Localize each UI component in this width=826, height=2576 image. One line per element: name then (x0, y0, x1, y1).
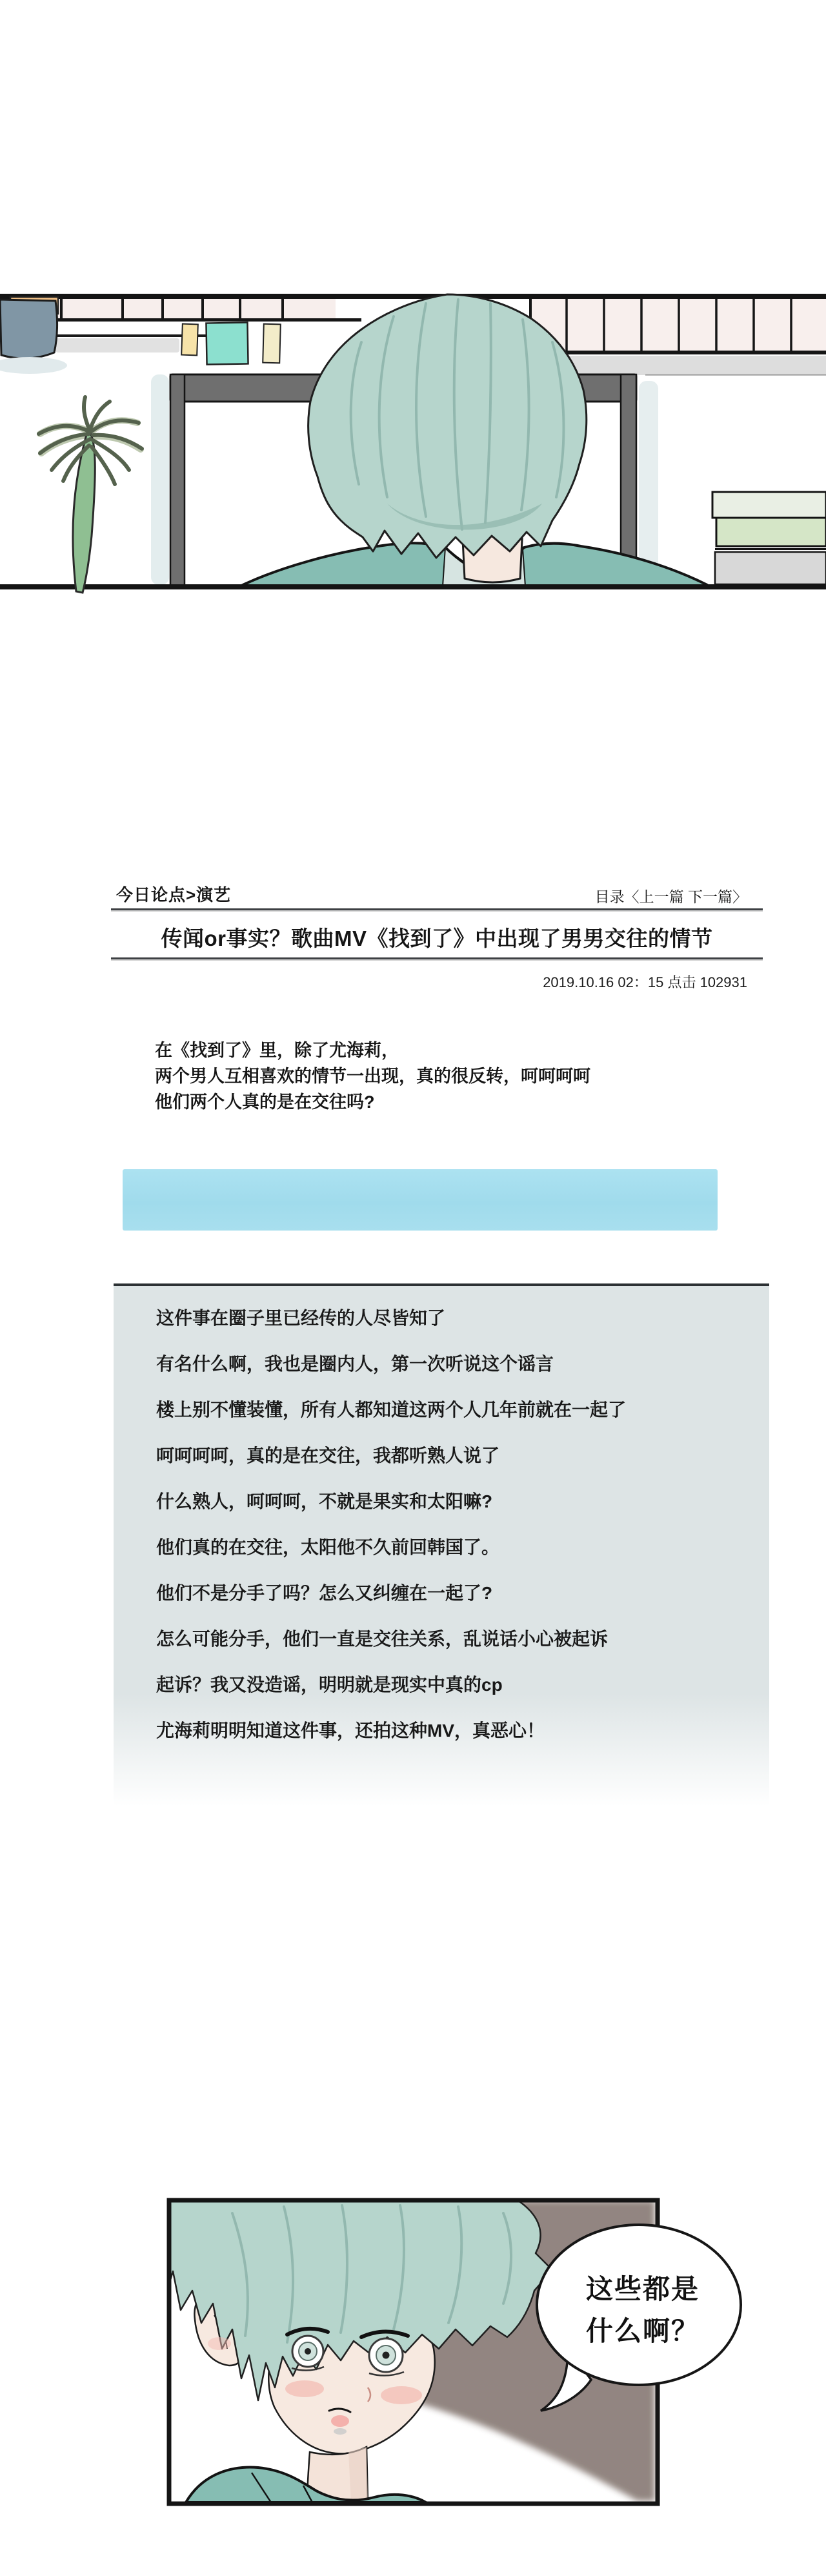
comment-item: 他们真的在交往，太阳他不久前回韩国了。 (156, 1524, 743, 1570)
speech-bubble: 这些都是 什么啊？ (537, 2225, 741, 2411)
comment-item: 怎么可能分手，他们一直是交往关系，乱说话小心被起诉 (156, 1616, 743, 1662)
scene-panel-face: 这些都是 什么啊？ (155, 2194, 742, 2511)
sticky-notes-illustration (181, 322, 281, 364)
comment-item: 呵呵呵呵，真的是在交往，我都听熟人说了 (156, 1433, 743, 1478)
panel-top-border (0, 294, 826, 299)
comment-item: 尤海莉明明知道这件事，还拍这种MV，真恶心！ (156, 1708, 743, 1753)
book-stack-illustration (712, 492, 826, 584)
comment-item: 什么熟人，呵呵呵，不就是果实和太阳嘛? (156, 1478, 743, 1524)
breadcrumb[interactable]: 今日论点>演艺 (116, 882, 231, 906)
speech-bubble-text-line2: 什么啊？ (586, 2316, 700, 2346)
panel-bottom-border (0, 584, 826, 589)
comment-item: 楼上别不懂装懂，所有人都知道这两个人几年前就在一起了 (156, 1387, 743, 1433)
speech-bubble-body (537, 2225, 741, 2385)
comment-item: 起诉？我又没造谣，明明就是现实中真的cp (156, 1662, 743, 1708)
speech-bubble-text-line1: 这些都是 (586, 2274, 700, 2304)
post-body-line: 两个男人互相喜欢的情节一出现，真的很反转，呵呵呵呵 (155, 1063, 590, 1089)
comment-item: 这件事在圈子里已经传的人尽皆知了 (156, 1295, 743, 1341)
webtoon-page: 今日论点>演艺 目录〈上一篇 下一篇〉 传闻or事实？歌曲MV《找到了》中出现了… (0, 0, 826, 2576)
plant-illustration (39, 397, 142, 593)
post-title: 传闻or事实？歌曲MV《找到了》中出现了男男交往的情节 (111, 922, 763, 952)
post-meta: 2019.10.16 02：15 点击 102931 (543, 972, 747, 992)
censored-image-bar (123, 1169, 718, 1231)
comment-box: 这件事在圈子里已经传的人尽皆知了 有名什么啊，我也是圈内人，第一次听说这个谣言 … (114, 1283, 769, 1823)
post-body: 在《找到了》里，除了尤海莉， 两个男人互相喜欢的情节一出现，真的很反转，呵呵呵呵… (155, 1038, 590, 1115)
comment-list: 这件事在圈子里已经传的人尽皆知了 有名什么啊，我也是圈内人，第一次听说这个谣言 … (156, 1295, 743, 1753)
post-body-line: 在《找到了》里，除了尤海莉， (155, 1038, 590, 1063)
divider-under-title (111, 957, 763, 959)
mug-illustration (0, 297, 67, 374)
nav-links[interactable]: 目录〈上一篇 下一篇〉 (595, 885, 747, 906)
post-body-line: 他们两个人真的是在交往吗? (155, 1089, 590, 1115)
wall-shadow-wash-right (639, 381, 658, 584)
comment-item: 他们不是分手了吗？怎么又纠缠在一起了? (156, 1570, 743, 1616)
wall-shadow-wash (151, 374, 169, 585)
comment-item: 有名什么啊，我也是圈内人，第一次听说这个谣言 (156, 1341, 743, 1387)
divider-top (111, 908, 763, 910)
scene-panel-desk (0, 291, 826, 594)
